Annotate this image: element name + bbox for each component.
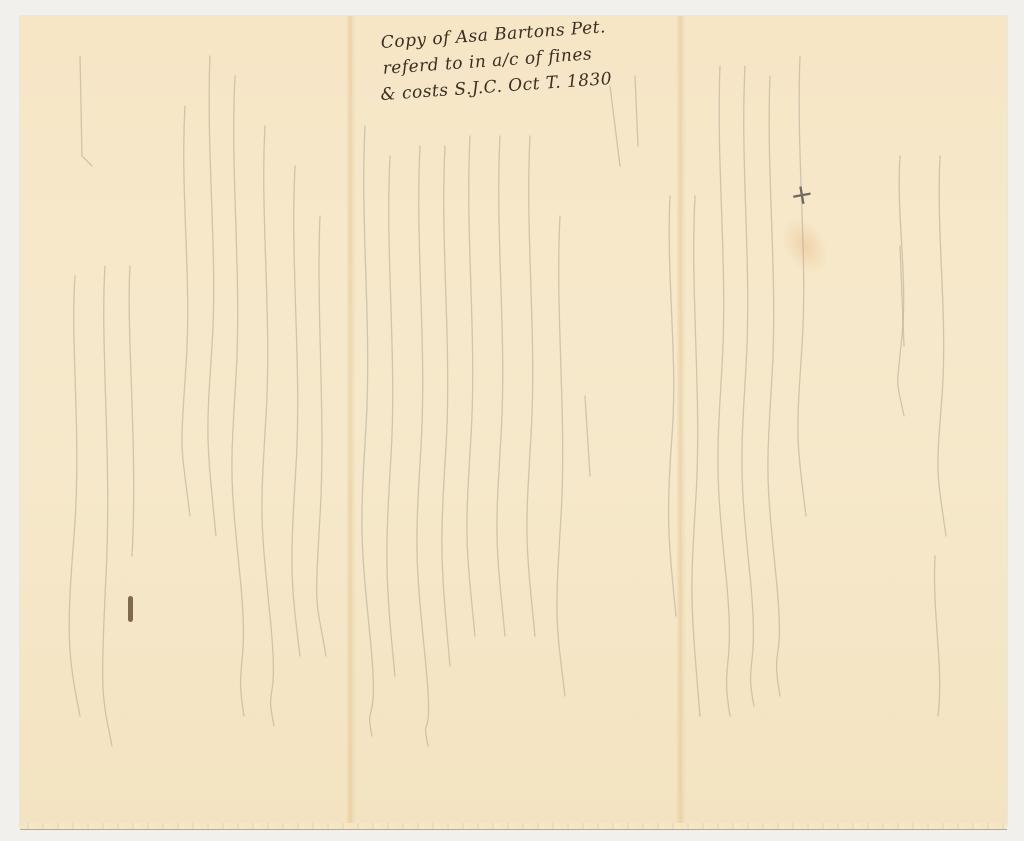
bleed-through-handwriting — [20, 16, 1007, 826]
docket-endorsement: Copy of Asa Bartons Pet. referd to in a/… — [380, 14, 613, 108]
document-sheet: + Copy of Asa Bartons Pet. referd to in … — [20, 16, 1007, 826]
ink-blot — [128, 596, 133, 622]
